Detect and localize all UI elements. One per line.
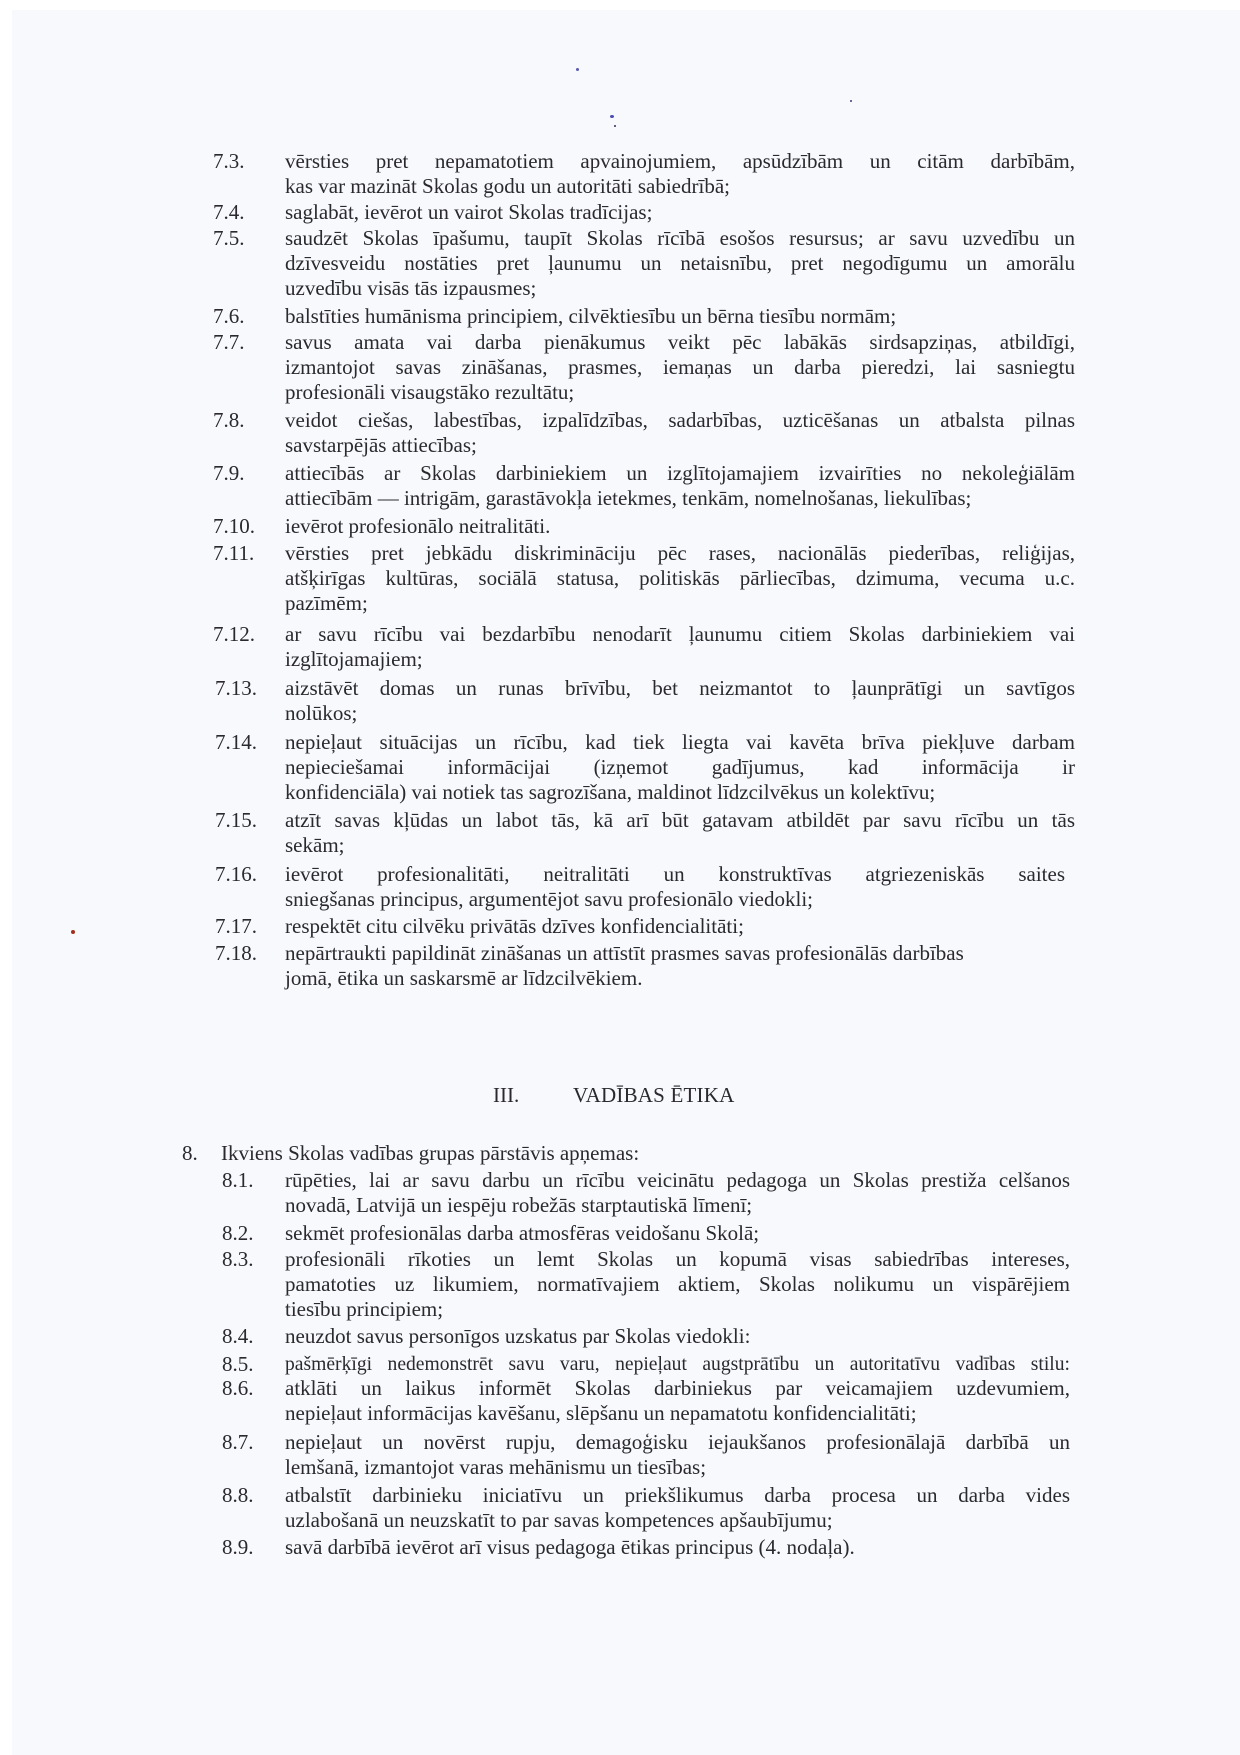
- intro-text: Ikviens Skolas vadības grupas pārstāvis …: [221, 1141, 1071, 1166]
- item-text-line: rūpēties, lai ar savu darbu un rīcību ve…: [285, 1168, 1070, 1193]
- item-number: 8.3.: [222, 1247, 254, 1272]
- item-number: 8.: [182, 1141, 198, 1166]
- item-text-line: izmantojot savas zināšanas, prasmes, iem…: [285, 355, 1075, 380]
- item-number: 8.7.: [222, 1430, 254, 1455]
- item-text-line: savstarpējās attiecības;: [285, 433, 1075, 458]
- item-number: 8.2.: [222, 1221, 254, 1246]
- item-number: 7.3.: [213, 149, 245, 174]
- item-text-line: vērsties pret nepamatotiem apvainojumiem…: [285, 149, 1075, 174]
- item-text-line: nolūkos;: [285, 701, 1075, 726]
- item-text-line: atzīt savas kļūdas un labot tās, kā arī …: [285, 808, 1075, 833]
- item-number: 7.16.: [215, 862, 257, 887]
- item-text-line: nepieļaut un novērst rupju, demagoģisku …: [285, 1430, 1070, 1455]
- item-text-line: attiecībām — intrigām, garastāvokļa iete…: [285, 486, 1075, 511]
- item-text-line: tiesību principiem;: [285, 1297, 1070, 1322]
- item-text-line: pašmērķīgi nedemonstrēt savu varu, nepie…: [285, 1352, 1070, 1377]
- item-text-line: balstīties humānisma principiem, cilvēkt…: [285, 304, 1075, 329]
- item-number: 8.1.: [222, 1168, 254, 1193]
- chapter-number: III.: [493, 1083, 519, 1108]
- item-number: 7.4.: [213, 200, 245, 225]
- item-text-line: lemšanā, izmantojot varas mehānismu un t…: [285, 1455, 1070, 1480]
- item-text-line: konfidenciāla) vai notiek tas sagrozīšan…: [285, 780, 1075, 805]
- item-text-line: ievērot profesionālo neitralitāti.: [285, 514, 1075, 539]
- item-text-line: neuzdot savus personīgos uzskatus par Sk…: [285, 1324, 1070, 1349]
- item-text-line: saglabāt, ievērot un vairot Skolas tradī…: [285, 200, 1075, 225]
- item-text-line: sniegšanas principus, argumentējot savu …: [285, 887, 1065, 912]
- chapter-title: VADĪBAS ĒTIKA: [573, 1083, 734, 1108]
- scan-speck: [576, 68, 579, 71]
- item-text-line: sekām;: [285, 833, 1075, 858]
- item-text-line: vērsties pret jebkādu diskrimināciju pēc…: [285, 541, 1075, 566]
- item-number: 7.13.: [215, 676, 257, 701]
- item-text-line: atklāti un laikus informēt Skolas darbin…: [285, 1376, 1070, 1401]
- item-text-line: nepieļaut situācijas un rīcību, kad tiek…: [285, 730, 1075, 755]
- item-number: 7.9.: [213, 461, 245, 486]
- item-text-line: savā darbībā ievērot arī visus pedagoga …: [285, 1535, 1070, 1560]
- item-text-line: veidot ciešas, labestības, izpalīdzības,…: [285, 408, 1075, 433]
- item-text-line: ievērot profesionalitāti, neitralitāti u…: [285, 862, 1065, 887]
- item-text-line: atšķirīgas kultūras, sociālā statusa, po…: [285, 566, 1075, 591]
- item-number: 7.17.: [215, 914, 257, 939]
- item-number: 7.7.: [213, 330, 245, 355]
- item-text-line: aizstāvēt domas un runas brīvību, bet ne…: [285, 676, 1075, 701]
- item-text-line: saudzēt Skolas īpašumu, taupīt Skolas rī…: [285, 226, 1075, 251]
- item-text-line: nepārtraukti papildināt zināšanas un att…: [285, 941, 1075, 966]
- item-text-line: profesionāli rīkoties un lemt Skolas un …: [285, 1247, 1070, 1272]
- item-number: 7.12.: [213, 622, 255, 647]
- item-text-line: respektēt citu cilvēku privātās dzīves k…: [285, 914, 1075, 939]
- item-number: 7.8.: [213, 408, 245, 433]
- item-text-line: atbalstīt darbinieku iniciatīvu un priek…: [285, 1483, 1070, 1508]
- item-number: 8.9.: [222, 1535, 254, 1560]
- item-number: 8.5.: [222, 1352, 254, 1377]
- item-text-line: izglītojamajiem;: [285, 647, 1075, 672]
- item-text-line: sekmēt profesionālas darba atmosfēras ve…: [285, 1221, 1070, 1246]
- item-text-line: ar savu rīcību vai bezdarbību nenodarīt …: [285, 622, 1075, 647]
- item-number: 7.14.: [215, 730, 257, 755]
- item-number: 7.15.: [215, 808, 257, 833]
- scan-speck: [610, 115, 614, 118]
- item-number: 7.18.: [215, 941, 257, 966]
- item-text-line: nepieciešamai informācijai (izņemot gadī…: [285, 755, 1075, 780]
- item-text-line: kas var mazināt Skolas godu un autoritāt…: [285, 174, 1075, 199]
- item-text-line: pamatoties uz likumiem, normatīvajiem ak…: [285, 1272, 1070, 1297]
- scan-speck: [71, 930, 75, 934]
- item-text-line: profesionāli visaugstāko rezultātu;: [285, 380, 1075, 405]
- item-text-line: attiecībās ar Skolas darbiniekiem un izg…: [285, 461, 1075, 486]
- item-number: 8.4.: [222, 1324, 254, 1349]
- item-text-line: novadā, Latvijā un iespēju robežās starp…: [285, 1193, 1070, 1218]
- item-text-line: pazīmēm;: [285, 591, 1075, 616]
- scan-speck: [614, 125, 616, 127]
- scan-speck: [850, 100, 852, 102]
- item-text-line: uzvedību visās tās izpausmes;: [285, 276, 1075, 301]
- item-text-line: dzīvesveidu nostāties pret ļaunumu un ne…: [285, 251, 1075, 276]
- item-number: 7.5.: [213, 226, 245, 251]
- item-number: 8.6.: [222, 1376, 254, 1401]
- item-text-line: jomā, ētika un saskarsmē ar līdzcilvēkie…: [285, 966, 1075, 991]
- item-number: 8.8.: [222, 1483, 254, 1508]
- item-number: 7.6.: [213, 304, 245, 329]
- item-text-line: savus amata vai darba pienākumus veikt p…: [285, 330, 1075, 355]
- item-number: 7.11.: [213, 541, 254, 566]
- item-number: 7.10.: [213, 514, 255, 539]
- item-text-line: uzlabošanā un neuzskatīt to par savas ko…: [285, 1508, 1070, 1533]
- item-text-line: nepieļaut informācijas kavēšanu, slēpšan…: [285, 1401, 1070, 1426]
